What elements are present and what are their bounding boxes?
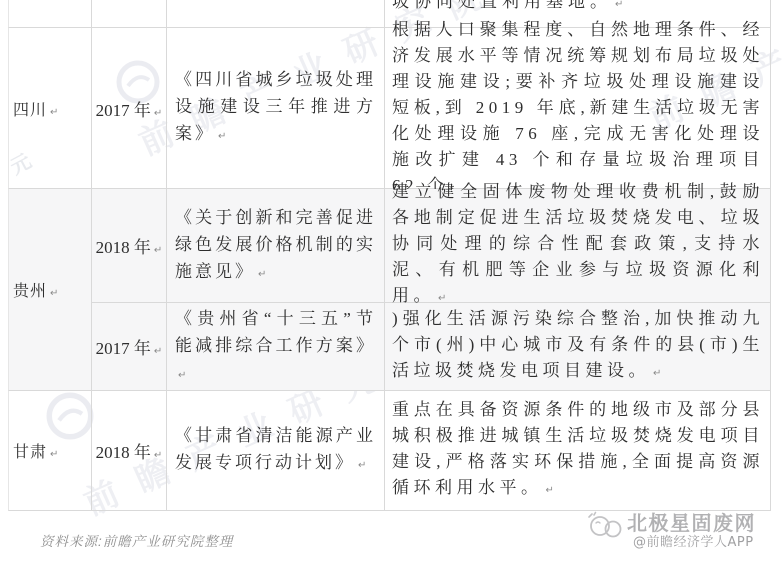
policy-table: 圾协同处置利用基地。↵ 四川↵ 2017 年↵ 《四川省城乡垃圾处理设施建设三年…	[8, 0, 771, 511]
paragraph-return-mark: ↵	[50, 449, 58, 460]
policy-description: 建立健全固体废物处理收费机制,鼓励各地制定促进生活垃圾焚烧发电、垃圾协同处理的综…	[392, 182, 764, 305]
paragraph-return-mark: ↵	[258, 269, 266, 280]
paragraph-return-mark: ↵	[218, 131, 226, 142]
table-cell-province-sichuan: 四川↵	[8, 28, 92, 189]
table-cell-description: 建立健全固体废物处理收费机制,鼓励各地制定促进生活垃圾焚烧发电、垃圾协同处理的综…	[385, 189, 771, 303]
policy-title: 《关于创新和完善促进绿色发展价格机制的实施意见》	[175, 208, 376, 281]
paragraph-return-mark: ↵	[50, 107, 58, 118]
table-cell-empty	[8, 0, 92, 28]
table-cell-description: 重点在具备资源条件的地级市及部分县城积极推进城镇生活垃圾焚烧发电项目建设,严格落…	[385, 391, 771, 511]
province-label: 四川	[13, 102, 47, 119]
branding-block: 北极星固废网 @前瞻经济学人APP	[627, 511, 756, 550]
policy-title: 《贵州省“十三五”节能减排综合工作方案》	[175, 309, 376, 355]
province-label: 甘肃	[13, 444, 47, 461]
paragraph-return-mark: ↵	[615, 0, 623, 10]
paragraph-return-mark: ↵	[178, 370, 186, 381]
paragraph-return-mark: ↵	[154, 450, 162, 461]
year-label: 2017 年	[96, 101, 151, 120]
paragraph-return-mark: ↵	[154, 346, 162, 357]
paragraph-return-mark: ↵	[154, 108, 162, 119]
table-cell-policy: 《关于创新和完善促进绿色发展价格机制的实施意见》↵	[167, 189, 385, 303]
table-cell-year: 2018 年↵	[92, 189, 167, 303]
year-label: 2018 年	[96, 238, 151, 257]
paragraph-return-mark: ↵	[546, 485, 554, 496]
table-cell-description: 根据人口聚集程度、自然地理条件、经济发展水平等情况统筹规划布局垃圾处理设施建设;…	[385, 28, 771, 189]
policy-title: 《四川省城乡垃圾处理设施建设三年推进方案》	[175, 70, 376, 143]
table-cell-province-gansu: 甘肃↵	[8, 391, 92, 511]
table-cell-year: 2017 年↵	[92, 303, 167, 391]
table-cell-province-guizhou: 贵州↵	[8, 189, 92, 391]
table-cell-description: )强化生活源污染综合整治,加快推动九个市(州)中心城市及有条件的县(市)生活垃圾…	[385, 303, 771, 391]
policy-description: )强化生活源污染综合整治,加快推动九个市(州)中心城市及有条件的县(市)生活垃圾…	[392, 309, 764, 380]
policy-description: 根据人口聚集程度、自然地理条件、经济发展水平等情况统筹规划布局垃圾处理设施建设;…	[392, 20, 764, 195]
paragraph-return-mark: ↵	[154, 245, 162, 256]
table-cell-year: 2018 年↵	[92, 391, 167, 511]
table-cell-empty	[92, 0, 167, 28]
table-cell-policy: 《贵州省“十三五”节能减排综合工作方案》↵	[167, 303, 385, 391]
app-credit: @前瞻经济学人APP	[633, 535, 756, 550]
site-logo-icon	[586, 511, 626, 541]
policy-title: 《甘肃省清洁能源产业发展专项行动计划》	[175, 426, 376, 472]
year-label: 2017 年	[96, 339, 151, 358]
paragraph-return-mark: ↵	[653, 368, 661, 379]
province-label: 贵州	[13, 283, 47, 300]
site-name: 北极星固废网	[627, 511, 756, 535]
partial-description-text: 圾协同处置利用基地。	[392, 0, 612, 11]
table-cell-policy: 《四川省城乡垃圾处理设施建设三年推进方案》↵	[167, 28, 385, 189]
paragraph-return-mark: ↵	[50, 288, 58, 299]
table-cell-empty	[167, 0, 385, 28]
year-label: 2018 年	[96, 443, 151, 462]
policy-description: 重点在具备资源条件的地级市及部分县城积极推进城镇生活垃圾焚烧发电项目建设,严格落…	[392, 400, 764, 497]
table-cell-policy: 《甘肃省清洁能源产业发展专项行动计划》↵	[167, 391, 385, 511]
paragraph-return-mark: ↵	[358, 460, 366, 471]
table-cell-year: 2017 年↵	[92, 28, 167, 189]
source-note: 资料来源:前瞻产业研究院整理	[40, 530, 233, 550]
